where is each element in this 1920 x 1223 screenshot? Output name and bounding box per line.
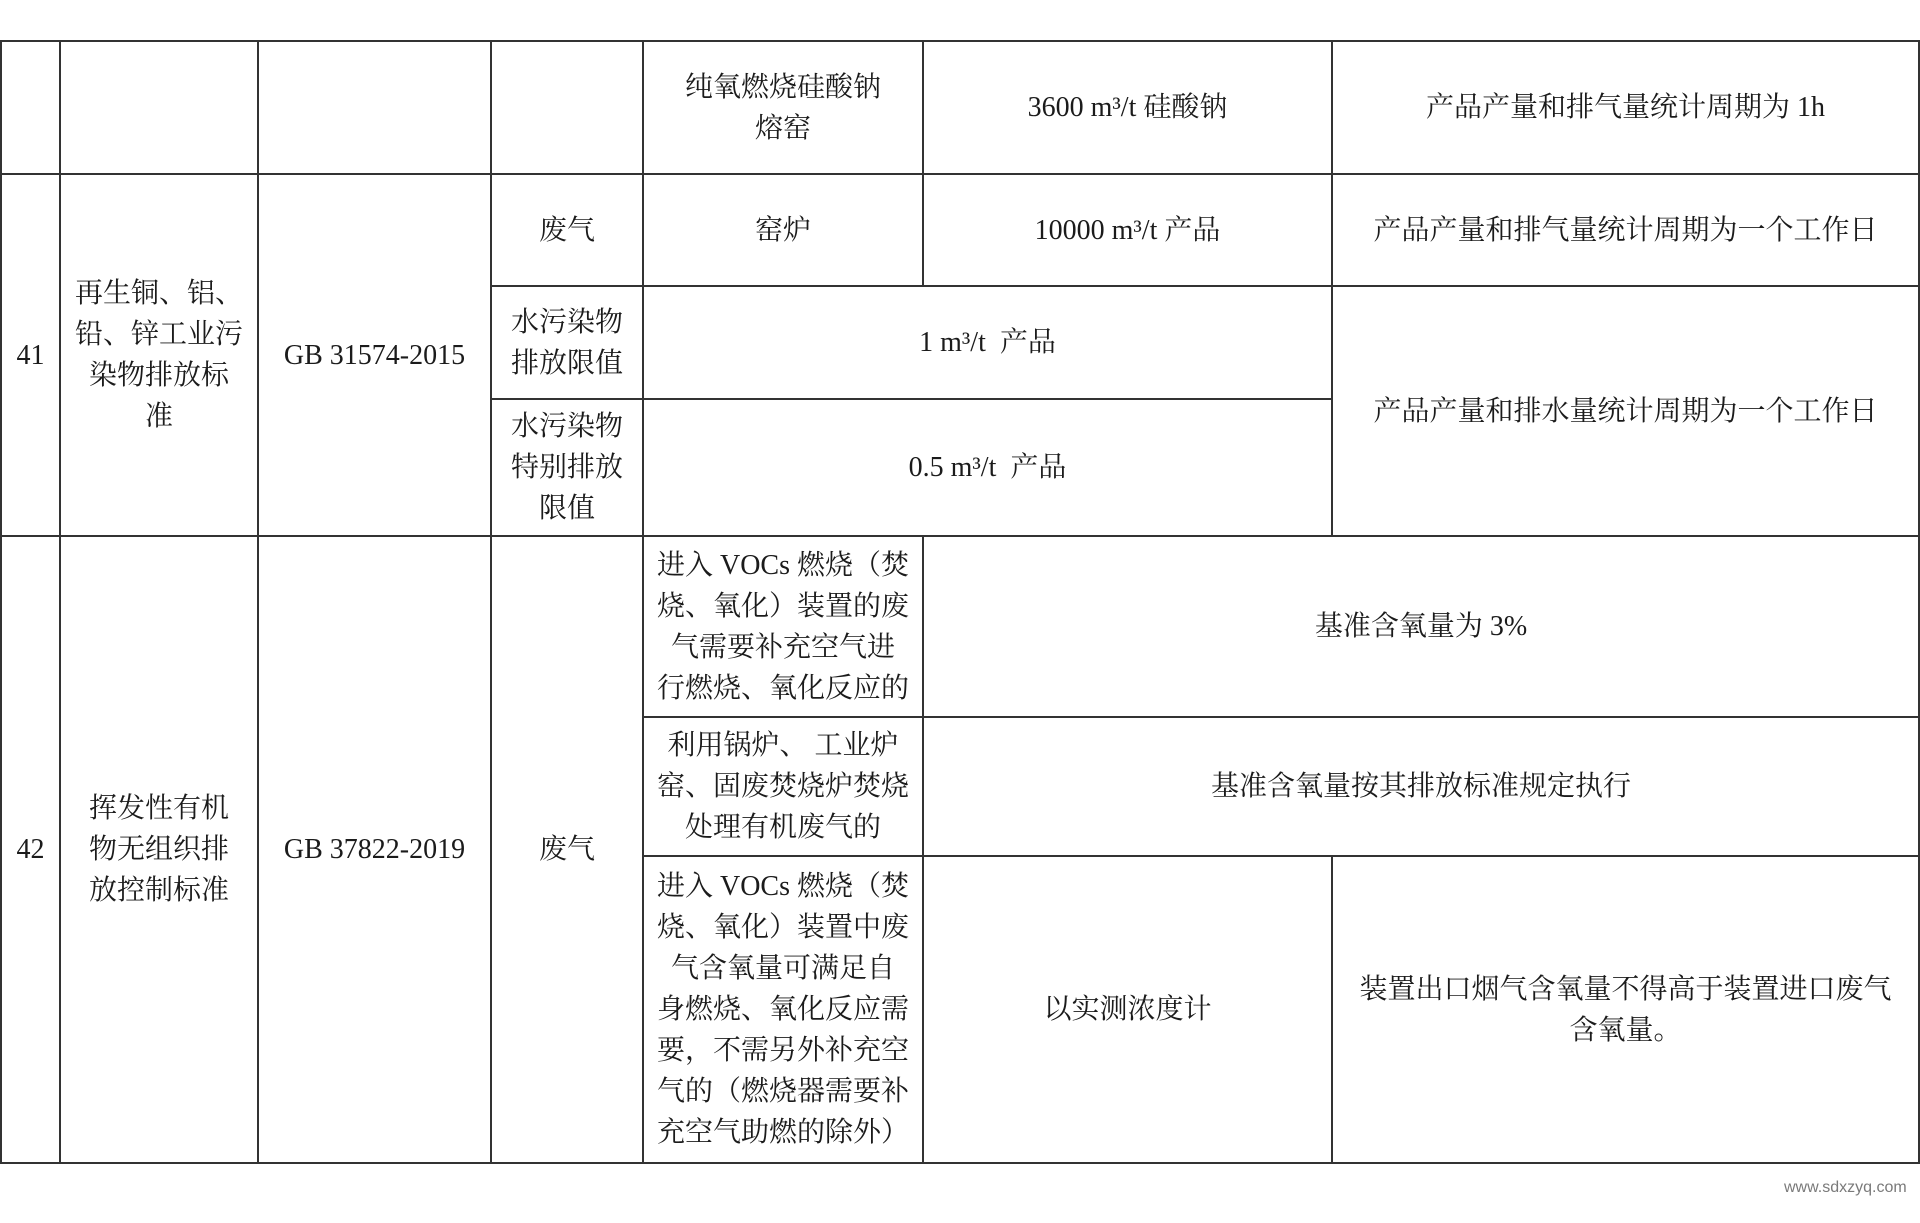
cell-index: 41 — [1, 174, 60, 536]
cell-index: 42 — [1, 536, 60, 1163]
cell-category: 废气 — [491, 536, 643, 1163]
cell-reference-oxygen: 基准含氧量为 3% — [923, 536, 1919, 717]
cell-facility: 窑炉 — [643, 174, 923, 286]
cell-category: 废气 — [491, 174, 643, 286]
cell-baseline-exhaust: 3600 m³/t 硅酸钠 — [923, 41, 1332, 174]
watermark: www.sdxzyq.com — [1784, 1178, 1907, 1198]
cell-baseline-drainage: 1 m³/t 产品 — [643, 286, 1332, 399]
cell-facility: 纯氧燃烧硅酸钠 熔窑 — [643, 41, 923, 174]
cell-condition: 利用锅炉、 工业炉 窑、固废焚烧炉焚烧 处理有机废气的 — [643, 717, 923, 856]
cell-note: 产品产量和排气量统计周期为 1h — [1332, 41, 1919, 174]
table-row: 41 再生铜、铝、 铅、锌工业污 染物排放标 准 GB 31574-2015 废… — [1, 174, 1919, 286]
table-row: 42 挥发性有机 物无组织排 放控制标准 GB 37822-2019 废气 进入… — [1, 536, 1919, 717]
cell-category: 水污染物 排放限值 — [491, 286, 643, 399]
cell-index — [1, 41, 60, 174]
cell-baseline-drainage: 0.5 m³/t 产品 — [643, 399, 1332, 536]
cell-category: 水污染物 特别排放 限值 — [491, 399, 643, 536]
cell-reference-oxygen: 基准含氧量按其排放标准规定执行 — [923, 717, 1919, 856]
cell-reference-oxygen: 以实测浓度计 — [923, 856, 1332, 1163]
cell-standard-name — [60, 41, 258, 174]
cell-category — [491, 41, 643, 174]
emission-standards-table: 纯氧燃烧硅酸钠 熔窑 3600 m³/t 硅酸钠 产品产量和排气量统计周期为 1… — [0, 40, 1920, 1164]
cell-standard-name: 再生铜、铝、 铅、锌工业污 染物排放标 准 — [60, 174, 258, 536]
cell-standard-code — [258, 41, 491, 174]
cell-standard-code: GB 31574-2015 — [258, 174, 491, 536]
cell-note: 装置出口烟气含氧量不得高于装置进口废气 含氧量。 — [1332, 856, 1919, 1163]
table-row-continued: 纯氧燃烧硅酸钠 熔窑 3600 m³/t 硅酸钠 产品产量和排气量统计周期为 1… — [1, 41, 1919, 174]
cell-standard-name: 挥发性有机 物无组织排 放控制标准 — [60, 536, 258, 1163]
cell-note: 产品产量和排气量统计周期为一个工作日 — [1332, 174, 1919, 286]
cell-condition: 进入 VOCs 燃烧（焚 烧、氧化）装置中废 气含氧量可满足自 身燃烧、氧化反应… — [643, 856, 923, 1163]
cell-condition: 进入 VOCs 燃烧（焚 烧、氧化）装置的废 气需要补充空气进 行燃烧、氧化反应… — [643, 536, 923, 717]
cell-baseline-exhaust: 10000 m³/t 产品 — [923, 174, 1332, 286]
cell-note: 产品产量和排水量统计周期为一个工作日 — [1332, 286, 1919, 536]
cell-standard-code: GB 37822-2019 — [258, 536, 491, 1163]
